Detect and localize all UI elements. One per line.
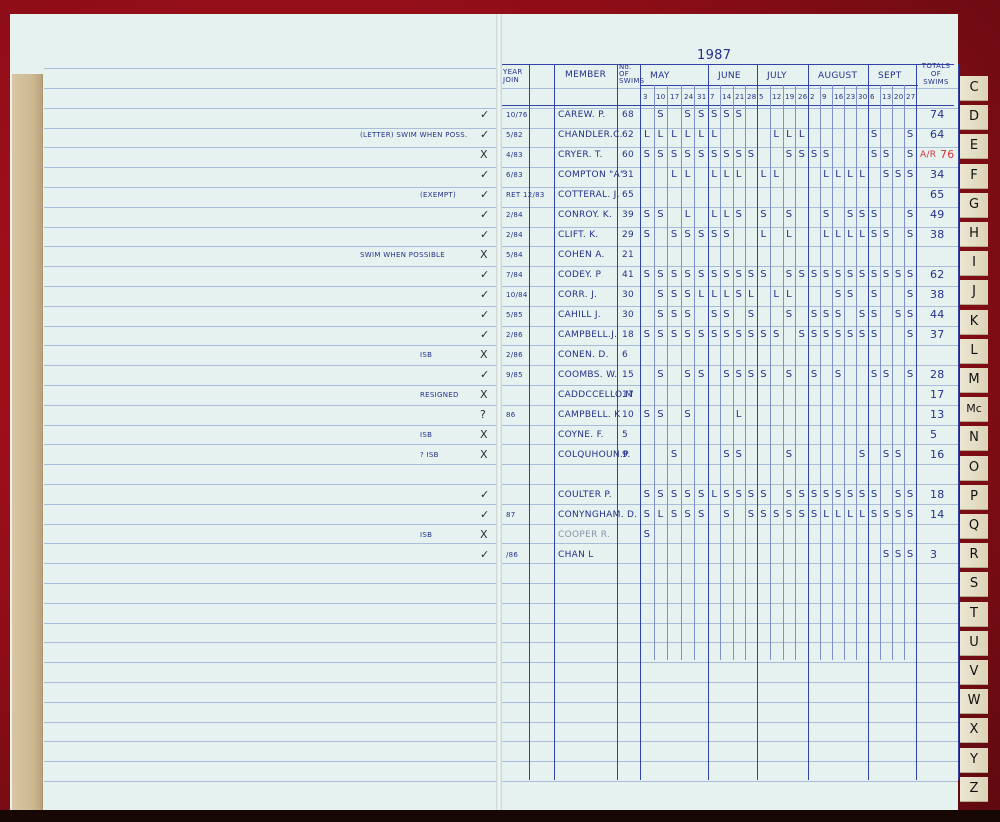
year-join: 2/86 <box>506 331 523 339</box>
attendance-mark: L <box>823 169 829 180</box>
member-note: SWIM WHEN POSSIBLE <box>360 251 445 259</box>
attendance-mark: S <box>786 149 792 160</box>
attendance-mark: S <box>883 449 889 460</box>
ruled-line <box>502 603 958 604</box>
ruled-line <box>44 187 496 188</box>
attendance-mark: S <box>760 209 766 220</box>
attendance-mark: S <box>735 329 741 340</box>
member-name: CONROY. K. <box>558 210 612 220</box>
attendance-mark: S <box>671 449 677 460</box>
column-divider <box>958 64 959 780</box>
attendance-mark: S <box>698 369 704 380</box>
ruled-line <box>502 405 958 406</box>
attendance-mark: L <box>761 229 767 240</box>
attendance-mark: S <box>883 149 889 160</box>
attendance-mark: S <box>657 269 663 280</box>
ruled-line <box>502 444 958 445</box>
attendance-mark: L <box>773 129 779 140</box>
swim-count: 39 <box>622 210 634 220</box>
attendance-mark: S <box>847 489 853 500</box>
ruled-line <box>44 464 496 465</box>
book-gutter <box>496 14 502 810</box>
index-tab-n[interactable]: N <box>960 426 988 451</box>
ruled-line <box>502 326 958 327</box>
swim-total: 13 <box>930 408 945 421</box>
ruled-line <box>44 682 496 683</box>
date-label: 23 <box>846 93 856 101</box>
index-tab-mc[interactable]: Mc <box>960 397 988 422</box>
index-tab-i[interactable]: I <box>960 251 988 276</box>
attendance-mark: S <box>723 109 729 120</box>
attendance-mark: S <box>644 269 650 280</box>
ruled-line <box>44 246 496 247</box>
attendance-mark: L <box>748 289 754 300</box>
ruled-line <box>44 781 496 782</box>
ruled-line <box>502 484 958 485</box>
attendance-mark: S <box>786 309 792 320</box>
date-column-line <box>733 85 734 660</box>
attendance-mark: S <box>698 229 704 240</box>
ruled-line <box>502 761 958 762</box>
attendance-mark: S <box>798 149 804 160</box>
attendance-mark: S <box>773 329 779 340</box>
attendance-mark: S <box>823 149 829 160</box>
attendance-mark: L <box>658 129 664 140</box>
attendance-check-mark: ? <box>480 408 486 421</box>
year-join: 5/82 <box>506 131 523 139</box>
column-divider <box>640 64 641 780</box>
attendance-mark: S <box>786 509 792 520</box>
attendance-mark: S <box>907 509 913 520</box>
index-tab-f[interactable]: F <box>960 164 988 189</box>
date-label: 2 <box>810 93 815 101</box>
attendance-mark: S <box>684 489 690 500</box>
attendance-mark: S <box>698 489 704 500</box>
ruled-line <box>502 583 958 584</box>
attendance-mark: S <box>883 169 889 180</box>
date-label: 12 <box>772 93 782 101</box>
swim-total: 44 <box>930 308 945 321</box>
swim-total: 37 <box>930 328 945 341</box>
attendance-mark: L <box>671 129 677 140</box>
attendance-mark: S <box>907 329 913 340</box>
index-tab-u[interactable]: U <box>960 631 988 656</box>
attendance-mark: S <box>671 149 677 160</box>
attendance-mark: S <box>823 209 829 220</box>
attendance-check-mark: X <box>480 248 488 261</box>
attendance-mark: S <box>735 269 741 280</box>
swim-count: 65 <box>622 190 634 200</box>
year-join: 4/83 <box>506 151 523 159</box>
attendance-mark: S <box>859 449 865 460</box>
attendance-mark: S <box>684 269 690 280</box>
swim-total: 64 <box>930 128 945 141</box>
attendance-mark: S <box>698 329 704 340</box>
attendance-mark: S <box>786 209 792 220</box>
index-tab-x[interactable]: X <box>960 718 988 743</box>
year-join: /86 <box>506 551 518 559</box>
ruled-line <box>44 425 496 426</box>
attendance-mark: L <box>736 409 742 420</box>
attendance-mark: L <box>847 509 853 520</box>
ruled-line <box>502 662 958 663</box>
member-name: COHEN A. <box>558 250 605 260</box>
index-tab-g[interactable]: G <box>960 193 988 218</box>
attendance-mark: L <box>698 289 704 300</box>
date-label: 3 <box>643 93 648 101</box>
header-totals: TOTALS OF SWIMS <box>918 62 954 86</box>
member-note: (LETTER) SWIM WHEN POSS. <box>360 131 468 139</box>
attendance-mark: S <box>859 489 865 500</box>
ruled-line <box>44 207 496 208</box>
index-tab-y[interactable]: Y <box>960 748 988 773</box>
ruled-line <box>44 167 496 168</box>
member-name: CRYER. T. <box>558 150 603 160</box>
attendance-check-mark: ✓ <box>480 228 490 241</box>
attendance-mark: S <box>798 509 804 520</box>
ruled-line <box>502 88 958 89</box>
attendance-mark: S <box>684 509 690 520</box>
index-tab-m[interactable]: M <box>960 368 988 393</box>
member-name: CHANDLER.C. <box>558 130 623 140</box>
attendance-mark: S <box>671 329 677 340</box>
date-label: 19 <box>785 93 795 101</box>
column-divider <box>708 64 709 780</box>
attendance-mark: S <box>657 109 663 120</box>
attendance-mark: S <box>907 309 913 320</box>
index-tab-o[interactable]: O <box>960 456 988 481</box>
attendance-mark: S <box>871 329 877 340</box>
attendance-mark: S <box>657 149 663 160</box>
attendance-mark: S <box>883 229 889 240</box>
date-label: 6 <box>870 93 875 101</box>
attendance-mark: S <box>735 209 741 220</box>
attendance-mark: L <box>685 129 691 140</box>
ruled-line <box>44 603 496 604</box>
attendance-mark: S <box>657 369 663 380</box>
attendance-mark: L <box>835 229 841 240</box>
attendance-mark: L <box>711 209 717 220</box>
attendance-check-mark: X <box>480 148 488 161</box>
attendance-mark: S <box>723 489 729 500</box>
attendance-mark: S <box>847 289 853 300</box>
index-tab-c[interactable]: C <box>960 76 988 101</box>
date-column-line <box>667 85 668 660</box>
swim-total: 62 <box>930 268 945 281</box>
attendance-mark: L <box>644 129 650 140</box>
date-label: 5 <box>759 93 764 101</box>
attendance-mark: S <box>711 229 717 240</box>
attendance-mark: S <box>871 509 877 520</box>
date-label: 10 <box>656 93 666 101</box>
attendance-check-mark: ✓ <box>480 368 490 381</box>
attendance-mark: S <box>871 149 877 160</box>
swim-count: 18 <box>622 330 634 340</box>
ruled-line <box>502 286 958 287</box>
swim-count: 15 <box>622 370 634 380</box>
index-tab-q[interactable]: Q <box>960 514 988 539</box>
attendance-mark: S <box>684 309 690 320</box>
attendance-mark: S <box>811 269 817 280</box>
ruled-line <box>502 167 958 168</box>
attendance-mark: S <box>735 489 741 500</box>
attendance-mark: S <box>657 329 663 340</box>
attendance-mark: S <box>895 449 901 460</box>
index-tab-k[interactable]: K <box>960 310 988 335</box>
attendance-mark: S <box>835 289 841 300</box>
year-join: 2/84 <box>506 211 523 219</box>
index-tab-r[interactable]: R <box>960 543 988 568</box>
column-divider <box>757 64 758 780</box>
attendance-mark: S <box>748 149 754 160</box>
month-label: SEPT <box>878 71 902 81</box>
date-column-line <box>856 85 857 660</box>
attendance-mark: S <box>883 549 889 560</box>
member-name: CAMPBELL. K <box>558 410 620 420</box>
attendance-mark: L <box>835 169 841 180</box>
index-tab-d[interactable]: D <box>960 105 988 130</box>
attendance-mark: S <box>644 409 650 420</box>
attendance-mark: S <box>684 109 690 120</box>
attendance-mark: S <box>644 149 650 160</box>
attendance-mark: S <box>895 509 901 520</box>
swim-total: 38 <box>930 288 945 301</box>
ruled-line <box>44 286 496 287</box>
attendance-mark: S <box>644 209 650 220</box>
attendance-mark: S <box>748 269 754 280</box>
ruled-line <box>502 365 958 366</box>
attendance-mark: S <box>859 209 865 220</box>
ruled-line <box>44 68 496 69</box>
ruled-line <box>502 642 958 643</box>
attendance-mark: S <box>835 489 841 500</box>
member-name: CAMPBELL.J. <box>558 330 617 340</box>
attendance-check-mark: X <box>480 448 488 461</box>
date-label: 28 <box>747 93 757 101</box>
attendance-mark: L <box>685 169 691 180</box>
date-label: 27 <box>906 93 916 101</box>
attendance-mark: S <box>644 529 650 540</box>
date-label: 20 <box>894 93 904 101</box>
index-tab-z[interactable]: Z <box>960 777 988 802</box>
member-name: COYNE. F. <box>558 430 604 440</box>
member-name: COULTER P. <box>558 490 612 500</box>
swim-count: 68 <box>622 110 634 120</box>
ruled-line <box>44 405 496 406</box>
swim-total: 49 <box>930 208 945 221</box>
attendance-mark: S <box>871 489 877 500</box>
attendance-mark: S <box>895 549 901 560</box>
ruled-line <box>44 702 496 703</box>
attendance-mark: S <box>671 289 677 300</box>
attendance-mark: S <box>657 409 663 420</box>
ruled-line <box>44 583 496 584</box>
attendance-mark: S <box>748 369 754 380</box>
index-tab-p[interactable]: P <box>960 485 988 510</box>
member-name: COTTERAL. J. <box>558 190 620 200</box>
attendance-mark: L <box>724 209 730 220</box>
ruled-line <box>502 563 958 564</box>
member-name: COLQUHOUN.P. <box>558 450 631 460</box>
ruled-line <box>502 345 958 346</box>
ruled-line <box>502 147 958 148</box>
attendance-mark: L <box>724 289 730 300</box>
attendance-mark: S <box>684 289 690 300</box>
attendance-mark: L <box>671 169 677 180</box>
table-surface <box>0 810 1000 822</box>
ruled-line <box>502 702 958 703</box>
attendance-check-mark: X <box>480 388 488 401</box>
attendance-mark: L <box>847 229 853 240</box>
ruled-line <box>502 108 958 109</box>
attendance-mark: S <box>760 509 766 520</box>
attendance-mark: S <box>773 509 779 520</box>
attendance-mark: S <box>723 509 729 520</box>
ruled-line <box>44 623 496 624</box>
attendance-check-mark: ✓ <box>480 128 490 141</box>
date-column-line <box>904 85 905 660</box>
attendance-mark: S <box>871 129 877 140</box>
date-column-line <box>795 85 796 660</box>
attendance-mark: S <box>684 329 690 340</box>
attendance-mark: S <box>835 369 841 380</box>
swim-count: 10 <box>622 410 634 420</box>
swim-total: 28 <box>930 368 945 381</box>
index-tab-h[interactable]: H <box>960 222 988 247</box>
attendance-mark: S <box>760 329 766 340</box>
index-tab-j[interactable]: J <box>960 280 988 305</box>
attendance-mark: S <box>871 209 877 220</box>
attendance-mark: S <box>907 269 913 280</box>
attendance-mark: S <box>859 329 865 340</box>
ruled-line <box>502 246 958 247</box>
attendance-mark: L <box>859 509 865 520</box>
ruled-line <box>44 543 496 544</box>
attendance-mark: L <box>823 509 829 520</box>
month-label: JUNE <box>718 71 741 81</box>
attendance-mark: S <box>907 129 913 140</box>
ruled-line <box>502 266 958 267</box>
total-annotation: A/R <box>920 150 936 160</box>
member-name: CONYNGHAM. D. <box>558 510 637 520</box>
index-tab-l[interactable]: L <box>960 339 988 364</box>
index-tab-e[interactable]: E <box>960 134 988 159</box>
index-tab-t[interactable]: T <box>960 602 988 627</box>
swim-count: 41 <box>622 270 634 280</box>
attendance-mark: L <box>698 129 704 140</box>
attendance-check-mark: ✓ <box>480 488 490 501</box>
attendance-mark: S <box>711 329 717 340</box>
index-tab-s[interactable]: S <box>960 572 988 597</box>
paper-flap <box>12 74 43 810</box>
attendance-mark: S <box>907 369 913 380</box>
swim-count: 21 <box>622 250 634 260</box>
year-join: 2/86 <box>506 351 523 359</box>
ruled-line <box>44 365 496 366</box>
year-join: 86 <box>506 411 516 419</box>
attendance-mark: S <box>684 229 690 240</box>
attendance-mark: L <box>859 229 865 240</box>
attendance-mark: L <box>835 509 841 520</box>
year-join: 10/84 <box>506 291 528 299</box>
attendance-mark: S <box>859 269 865 280</box>
attendance-check-mark: ✓ <box>480 188 490 201</box>
attendance-mark: S <box>711 149 717 160</box>
ruled-line <box>502 504 958 505</box>
date-label: 26 <box>798 93 808 101</box>
ruled-line <box>44 385 496 386</box>
attendance-check-mark: ✓ <box>480 208 490 221</box>
ruled-line <box>502 187 958 188</box>
date-column-line <box>694 85 695 660</box>
attendance-mark: L <box>711 489 717 500</box>
attendance-mark: S <box>847 209 853 220</box>
swim-count: 30 <box>622 310 634 320</box>
attendance-mark: S <box>671 509 677 520</box>
attendance-mark: S <box>748 329 754 340</box>
swim-total: 17 <box>930 388 945 401</box>
attendance-mark: S <box>711 109 717 120</box>
year-join: 7/84 <box>506 271 523 279</box>
attendance-mark: S <box>883 269 889 280</box>
date-label: 14 <box>722 93 732 101</box>
attendance-mark: S <box>723 329 729 340</box>
attendance-mark: S <box>871 369 877 380</box>
attendance-mark: S <box>723 149 729 160</box>
date-label: 17 <box>670 93 680 101</box>
ruled-line <box>502 524 958 525</box>
swim-total: 38 <box>930 228 945 241</box>
attendance-mark: S <box>907 489 913 500</box>
ruled-line <box>502 682 958 683</box>
year-join: 9/85 <box>506 371 523 379</box>
attendance-mark: S <box>684 149 690 160</box>
column-divider <box>529 64 530 780</box>
attendance-check-mark: ✓ <box>480 288 490 301</box>
attendance-mark: S <box>657 289 663 300</box>
swim-count: 6 <box>622 350 628 360</box>
attendance-mark: S <box>907 549 913 560</box>
attendance-mark: S <box>644 489 650 500</box>
index-tab-v[interactable]: V <box>960 660 988 685</box>
attendance-mark: S <box>847 269 853 280</box>
attendance-mark: S <box>835 269 841 280</box>
member-name: CONEN. D. <box>558 350 609 360</box>
member-note: (EXEMPT) <box>420 191 456 199</box>
attendance-mark: S <box>698 149 704 160</box>
ruled-line <box>502 722 958 723</box>
index-tab-w[interactable]: W <box>960 689 988 714</box>
column-divider <box>554 64 555 780</box>
member-note: ISB <box>420 431 432 439</box>
attendance-check-mark: ✓ <box>480 308 490 321</box>
date-label: 31 <box>697 93 707 101</box>
member-name: COOMBS. W. <box>558 370 617 380</box>
column-divider <box>868 64 869 780</box>
date-column-line <box>681 85 682 660</box>
attendance-mark: S <box>723 269 729 280</box>
ruled-line <box>502 425 958 426</box>
attendance-mark: S <box>735 289 741 300</box>
attendance-mark: L <box>711 129 717 140</box>
attendance-mark: S <box>871 229 877 240</box>
attendance-mark: S <box>671 489 677 500</box>
year-join: 10/76 <box>506 111 528 119</box>
attendance-mark: S <box>711 309 717 320</box>
attendance-mark: S <box>760 489 766 500</box>
attendance-mark: S <box>748 509 754 520</box>
attendance-mark: S <box>698 269 704 280</box>
